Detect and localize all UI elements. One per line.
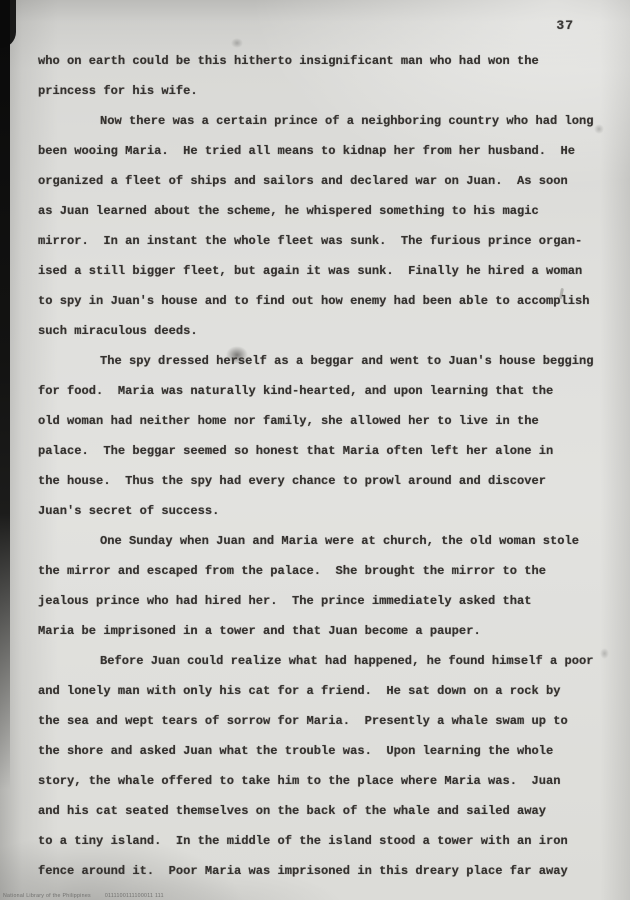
text-line: story, the whale offered to take him to …	[38, 766, 613, 796]
text-line: for food. Maria was naturally kind-heart…	[38, 376, 613, 406]
text-line: as Juan learned about the scheme, he whi…	[38, 196, 613, 226]
footer-code: 0111100111100011 111	[105, 892, 164, 898]
text-line: The spy dressed herself as a beggar and …	[38, 346, 613, 376]
text-line: Maria be imprisoned in a tower and that …	[38, 616, 613, 646]
page-number: 37	[556, 18, 574, 33]
text-line: One Sunday when Juan and Maria were at c…	[38, 526, 613, 556]
text-line: who on earth could be this hitherto insi…	[38, 46, 613, 76]
text-line: the mirror and escaped from the palace. …	[38, 556, 613, 586]
text-line: the sea and wept tears of sorrow for Mar…	[38, 706, 613, 736]
text-line: old woman had neither home nor family, s…	[38, 406, 613, 436]
text-line: organized a fleet of ships and sailors a…	[38, 166, 613, 196]
typed-text-body: who on earth could be this hitherto insi…	[38, 46, 613, 886]
text-line: and lonely man with only his cat for a f…	[38, 676, 613, 706]
text-line: Now there was a certain prince of a neig…	[38, 106, 613, 136]
text-line: ised a still bigger fleet, but again it …	[38, 256, 613, 286]
text-line: jealous prince who had hired her. The pr…	[38, 586, 613, 616]
text-line: Juan's secret of success.	[38, 496, 613, 526]
scanned-page: 37 who on earth could be this hitherto i…	[0, 0, 630, 900]
footer-library-name: National Library of the Philippines	[3, 892, 91, 898]
text-line: and his cat seated themselves on the bac…	[38, 796, 613, 826]
text-line: the shore and asked Juan what the troubl…	[38, 736, 613, 766]
text-line: palace. The beggar seemed so honest that…	[38, 436, 613, 466]
text-line: to a tiny island. In the middle of the i…	[38, 826, 613, 856]
book-spine-corner	[0, 0, 16, 48]
text-line: mirror. In an instant the whole fleet wa…	[38, 226, 613, 256]
text-line: princess for his wife.	[38, 76, 613, 106]
text-line: to spy in Juan's house and to find out h…	[38, 286, 613, 316]
text-line: fence around it. Poor Maria was imprison…	[38, 856, 613, 886]
text-line: Before Juan could realize what had happe…	[38, 646, 613, 676]
text-line: the house. Thus the spy had every chance…	[38, 466, 613, 496]
text-line: been wooing Maria. He tried all means to…	[38, 136, 613, 166]
book-spine-edge	[0, 0, 10, 790]
scan-footer: National Library of the Philippines 0111…	[3, 892, 164, 898]
text-line: such miraculous deeds.	[38, 316, 613, 346]
